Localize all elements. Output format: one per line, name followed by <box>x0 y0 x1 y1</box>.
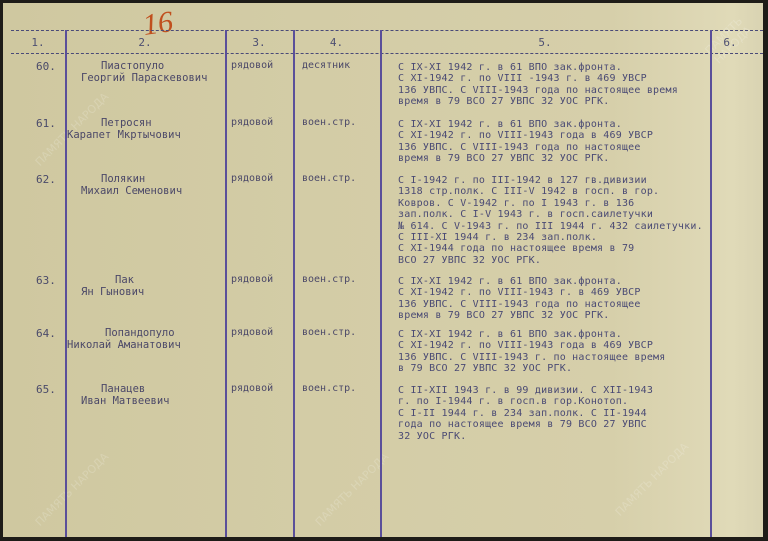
service-record: С IX-XI 1942 г. в 61 ВПО зак.фронта. С X… <box>398 276 710 322</box>
last-name: Петросян <box>67 117 227 129</box>
archival-document-page: ПАМЯТЬ НАРОДА ПАМЯТЬ НАРОДА ПАМЯТЬ НАРОД… <box>3 3 763 537</box>
service-record: С IX-XI 1942 г. в 61 ВПО зак.фронта. С X… <box>398 329 710 375</box>
role: воен.стр. <box>302 383 356 394</box>
first-patronymic: Георгий Параскевович <box>67 72 227 84</box>
last-name: Полякин <box>67 173 227 185</box>
first-patronymic: Ян Гынович <box>67 286 227 298</box>
first-patronymic: Николай Аманатович <box>67 339 227 351</box>
person-name: Полякин Михаил Семенович <box>67 173 227 197</box>
rank: рядовой <box>231 60 273 71</box>
row-number: 60. <box>36 60 56 73</box>
watermark: ПАМЯТЬ НАРОДА <box>613 440 691 518</box>
service-record: С IX-XI 1942 г. в 61 ВПО зак.фронта. С X… <box>398 62 710 108</box>
rank: рядовой <box>231 383 273 394</box>
header-top-rule <box>11 30 763 31</box>
row-number: 62. <box>36 173 56 186</box>
column-divider <box>293 30 295 537</box>
header-bottom-rule <box>11 53 763 54</box>
first-patronymic: Михаил Семенович <box>67 185 227 197</box>
first-patronymic: Карапет Мкртычович <box>67 129 227 141</box>
column-divider <box>380 30 382 537</box>
role: десятник <box>302 60 350 71</box>
service-record: С II-XII 1943 г. в 99 дивизии. С XII-194… <box>398 385 710 442</box>
rank: рядовой <box>231 117 273 128</box>
watermark: ПАМЯТЬ НАРОДА <box>33 450 111 528</box>
column-header-3: 3. <box>225 33 293 53</box>
person-name: Пак Ян Гынович <box>67 274 227 298</box>
row-number: 64. <box>36 327 56 340</box>
person-name: Попандопуло Николай Аманатович <box>67 327 227 351</box>
last-name: Попандопуло <box>67 327 227 339</box>
last-name: Пак <box>67 274 227 286</box>
column-header-5: 5. <box>380 33 710 53</box>
column-header-1: 1. <box>11 33 65 53</box>
role: воен.стр. <box>302 117 356 128</box>
rank: рядовой <box>231 173 273 184</box>
row-number: 63. <box>36 274 56 287</box>
service-record: С I-1942 г. по III-1942 в 127 гв.дивизии… <box>398 175 710 266</box>
column-header-4: 4. <box>293 33 380 53</box>
role: воен.стр. <box>302 274 356 285</box>
last-name: Пиастопуло <box>67 60 227 72</box>
role: воен.стр. <box>302 327 356 338</box>
person-name: Пиастопуло Георгий Параскевович <box>67 60 227 84</box>
rank: рядовой <box>231 274 273 285</box>
person-name: Панацев Иван Матвеевич <box>67 383 227 407</box>
first-patronymic: Иван Матвеевич <box>67 395 227 407</box>
column-header-2: 2. <box>65 33 225 53</box>
person-name: Петросян Карапет Мкртычович <box>67 117 227 141</box>
rank: рядовой <box>231 327 273 338</box>
last-name: Панацев <box>67 383 227 395</box>
row-number: 65. <box>36 383 56 396</box>
role: воен.стр. <box>302 173 356 184</box>
row-number: 61. <box>36 117 56 130</box>
column-header-6: 6. <box>710 33 750 53</box>
column-divider <box>710 30 712 537</box>
service-record: С IX-XI 1942 г. в 61 ВПО зак.фронта. С X… <box>398 119 710 165</box>
